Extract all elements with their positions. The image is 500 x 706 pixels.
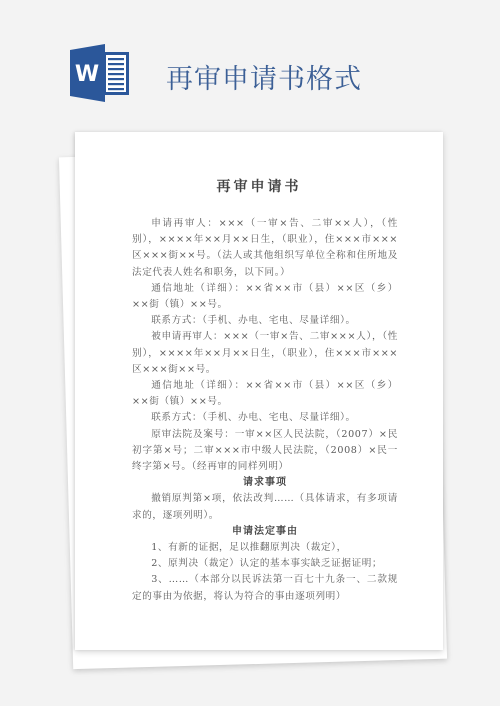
document-title: 再审申请书 [132,176,386,196]
applicant-contact: 联系方式：（手机、办电、宅电、尽量详细）。 [132,313,398,329]
document-body: 再审申请书 申请再审人：×××（一审×告、二审××人），（性别），××××年××… [75,132,443,605]
applicant-info: 申请再审人：×××（一审×告、二审××人），（性别），××××年××月××日生，… [132,216,398,281]
section-heading-reasons: 申请法定事由 [132,524,398,540]
svg-text:W: W [75,62,99,87]
request-item: 撤销原判第×项，依法改判……（具体请求，有多项请求的，逐项列明）。 [132,491,398,523]
reason-item: 2、原判决（裁定）认定的基本事实缺乏证据证明； [132,556,398,572]
reason-item: 1、有新的证据，足以推翻原判决（裁定）， [132,540,398,556]
original-court-info: 原审法院及案号：一审××区人民法院，（2007）×民初字第×号；二审×××市中级… [132,427,398,476]
respondent-contact: 联系方式：（手机、办电、宅电、尽量详细）。 [132,410,398,426]
reason-item: 3、……（本部分以民诉法第一百七十九条一、二款规定的事由为依据，将认为符合的事由… [132,572,398,604]
page-stage: W 再审申请书格式 再审申请书 申请再审人：×××（一审×告、二审××人），（性… [0,0,500,706]
section-heading-request: 请求事项 [132,475,398,491]
respondent-info: 被申请再审人：×××（一审×告、二审×××人），（性别），××××年××月××日… [132,329,398,378]
respondent-address: 通信地址（详细）：××省××市（县）××区（乡）××街（镇）××号。 [132,378,398,410]
page-title: 再审申请书格式 [166,57,362,96]
header: W 再审申请书格式 [0,0,500,120]
document-page: 再审申请书 申请再审人：×××（一审×告、二审××人），（性别），××××年××… [75,132,443,650]
applicant-address: 通信地址（详细）：××省××市（县）××区（乡）××街（镇）××号。 [132,281,398,313]
word-document-icon: W [69,43,133,103]
